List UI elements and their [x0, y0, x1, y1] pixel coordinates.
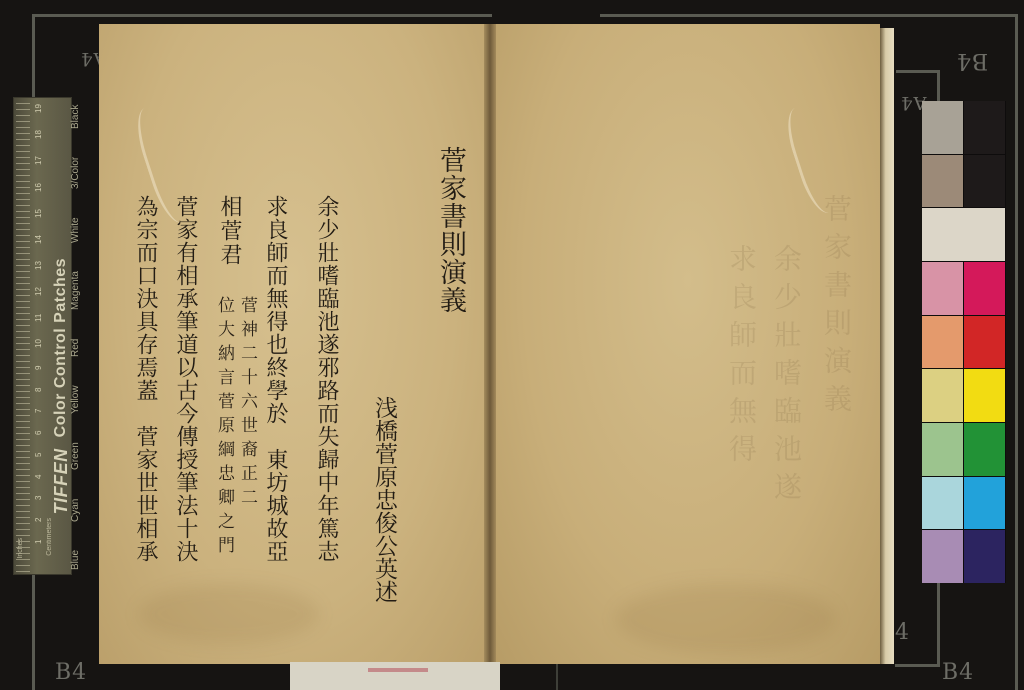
bleed-through-text: 求良師而無得 — [721, 244, 761, 472]
patch-yellow — [964, 369, 1005, 422]
patch-red — [964, 316, 1005, 369]
tiffen-color-ruler: TIFFEN Color Control Patches Blue Cyan G… — [13, 97, 72, 575]
color-label: Red — [70, 339, 81, 357]
ruler-number: 8 — [34, 387, 43, 391]
frame-line — [896, 70, 940, 73]
ruler-number: 7 — [34, 409, 43, 413]
book-title: 菅家書則演義 — [437, 146, 464, 314]
ruler-number: 5 — [34, 453, 43, 457]
patch-magenta — [964, 262, 1005, 315]
color-label: White — [70, 217, 81, 243]
ruler-number: 6 — [34, 431, 43, 435]
ruler-numbers: 1 2 3 4 5 6 7 8 9 10 11 12 13 14 15 16 1… — [34, 104, 43, 544]
ruler-brand: TIFFEN Color Control Patches — [51, 258, 72, 514]
bleed-through-text: 余少壯嗜臨池遂 — [766, 244, 806, 510]
patch-light-yellow — [922, 369, 963, 422]
ruler-unit-label: Inches — [17, 538, 24, 559]
ruler-unit-label: Centimeters — [46, 518, 53, 556]
patch-black — [964, 155, 1005, 208]
patch-gray-light — [922, 101, 963, 154]
text-column: 余少壯嗜臨池遂邪路而失歸中年篤志 — [315, 195, 337, 563]
color-label: Magenta — [70, 271, 81, 310]
patch-light-green — [922, 423, 963, 476]
color-label: 3/Color — [70, 157, 81, 189]
ruler-number: 17 — [34, 157, 43, 166]
text-column: 相菅君 — [218, 195, 240, 267]
annotation-column: 菅神二十六世裔正二 — [238, 296, 255, 512]
color-patch-card — [922, 101, 1006, 583]
brand-name: TIFFEN — [51, 448, 71, 514]
paper-stain — [616, 584, 836, 654]
ruler-color-labels: Blue Cyan Green Yellow Red Magenta White… — [70, 104, 81, 570]
ruler-ticks — [16, 98, 30, 574]
ruler-number: 15 — [34, 209, 43, 218]
ruler-number: 10 — [34, 339, 43, 348]
frame-line — [895, 664, 940, 667]
ruler-number: 1 — [34, 540, 43, 544]
patch-black — [964, 101, 1005, 154]
ruler-number: 3 — [34, 496, 43, 500]
ruler-number: 9 — [34, 366, 43, 370]
paper-stain — [139, 584, 319, 644]
color-label: Green — [70, 442, 81, 470]
ruler-number: 14 — [34, 235, 43, 244]
ruler-number: 12 — [34, 288, 43, 297]
slip-mark — [368, 668, 428, 672]
ruler-number: 2 — [34, 518, 43, 522]
frame-line — [556, 664, 558, 690]
right-page: 菅家書則演義 余少壯嗜臨池遂 求良師而無得 — [496, 24, 880, 664]
color-label: Blue — [70, 550, 81, 570]
paper-slip — [290, 662, 500, 690]
book-fore-edge — [880, 28, 894, 664]
patch-light-red — [922, 316, 963, 369]
size-label: B4 — [942, 660, 974, 685]
text-column: 為宗而口決具存焉蓋 菅家世世相承 — [134, 195, 156, 563]
size-label: B4 — [956, 48, 988, 73]
patch-light-cyan — [922, 477, 963, 530]
annotation-column: 位大納言菅原綱忠卿之門 — [215, 296, 232, 560]
patch-light-blue — [922, 530, 963, 583]
size-label: 4 — [895, 620, 910, 645]
patch-green — [964, 423, 1005, 476]
patch-blue — [964, 530, 1005, 583]
size-label: B4 — [55, 660, 87, 685]
patch-cyan — [964, 477, 1005, 530]
patch-white — [922, 208, 1005, 261]
ruler-number: 18 — [34, 130, 43, 139]
patch-gray-brown — [922, 155, 963, 208]
color-label: Cyan — [70, 498, 81, 521]
ruler-number: 4 — [34, 474, 43, 478]
author-line: 浅橋菅原忠俊公英述 — [372, 396, 395, 603]
ruler-number: 19 — [34, 104, 43, 113]
text-column: 菅家有相承筆道以古今傳授筆法十決 — [174, 195, 196, 563]
product-name: Color Control Patches — [52, 258, 69, 437]
frame-line — [32, 14, 492, 17]
ruler-number: 11 — [34, 314, 43, 322]
patch-light-magenta — [922, 262, 963, 315]
color-label: Yellow — [70, 385, 81, 414]
frame-line — [600, 14, 1018, 17]
book-gutter — [484, 24, 496, 664]
ruler-number: 13 — [34, 261, 43, 270]
color-label: Black — [70, 104, 81, 128]
text-column: 求良師而無得也終學於 東坊城故亞 — [264, 195, 286, 563]
ruler-number: 16 — [34, 183, 43, 192]
bleed-through-text: 菅家書則演義 — [816, 194, 856, 422]
frame-line — [1015, 14, 1018, 690]
